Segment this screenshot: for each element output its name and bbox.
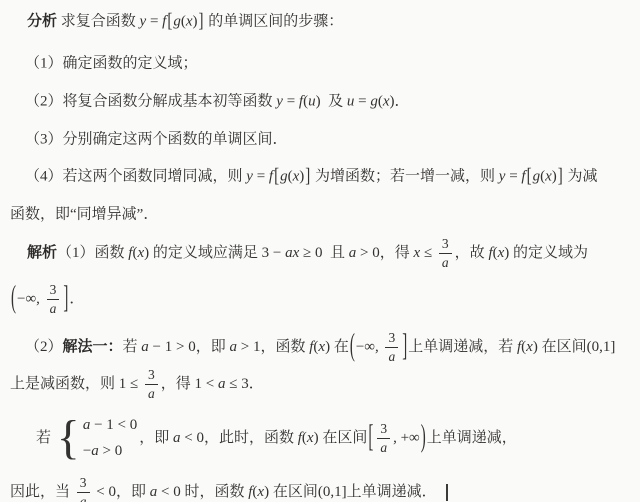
- big-delimiter: ]: [558, 164, 563, 189]
- text-run: 为增函数；若一增一减，则: [311, 168, 499, 187]
- math-roman: (0,1]: [587, 338, 616, 357]
- math-roman: =: [505, 168, 521, 187]
- step-1-line: （1）确定函数的定义域；: [25, 55, 198, 74]
- fraction-numerator: 3: [385, 331, 398, 347]
- step-2-line: （2）将复合函数分解成基本初等函数 y = f(u) 及 u = g(x)．: [25, 93, 410, 112]
- math-italic: a: [218, 375, 226, 394]
- fraction-numerator: 3: [145, 368, 158, 384]
- text-run: 且: [323, 244, 349, 263]
- math-roman: 3: [50, 283, 57, 297]
- text-run: ，此时，函数: [204, 429, 298, 448]
- text-run: （2）: [25, 338, 63, 357]
- text-run: 时，函数: [181, 483, 249, 502]
- text-run: 的单调区间的步骤：: [205, 13, 344, 32]
- fraction-denominator: a: [439, 253, 452, 270]
- math-italic: x: [498, 244, 505, 263]
- big-delimiter: ): [421, 418, 426, 457]
- text-run: 在: [330, 338, 349, 357]
- cases-rows: a − 1 < 0−a > 0: [83, 416, 137, 461]
- math-roman: (0,1]: [318, 483, 347, 502]
- math-roman: < 0: [93, 483, 116, 502]
- big-delimiter: [: [274, 164, 279, 189]
- text-run: 在区间: [319, 429, 368, 448]
- math-roman: , +∞: [393, 429, 420, 448]
- math-roman: 3: [380, 422, 387, 436]
- math-italic: a: [349, 244, 357, 263]
- math-roman: 3: [80, 476, 87, 490]
- math-italic: a: [150, 483, 158, 502]
- text-run: 及: [321, 93, 347, 112]
- fraction-denominator: a: [385, 347, 398, 364]
- method1-conclusion-line: 上是减函数，则 1 ≤ 3a，得 1 < a ≤ 3．: [10, 368, 264, 400]
- math-italic: a: [388, 350, 395, 364]
- bold-label: 分析: [27, 13, 57, 32]
- fraction-denominator: a: [145, 384, 158, 401]
- math-roman: − 1 < 0: [90, 416, 137, 435]
- big-delimiter: [: [527, 164, 532, 189]
- fraction-numerator: 3: [439, 237, 452, 253]
- math-italic: a: [83, 416, 91, 435]
- text-run: ．: [249, 375, 264, 394]
- text-run: （3）分别确定这两个函数的单调区间．: [25, 131, 288, 150]
- step-4-continuation-line: 函数，即“同增异减”．: [10, 206, 158, 225]
- math-italic: a: [91, 442, 99, 461]
- big-delimiter: [: [368, 418, 373, 457]
- fraction-numerator: 3: [377, 422, 390, 438]
- math-italic: x: [186, 13, 193, 32]
- math-italic: a: [442, 256, 449, 270]
- text-run: 的定义域应满足: [149, 244, 262, 263]
- math-italic: a: [380, 441, 387, 455]
- math-roman: 1 ≤: [119, 375, 142, 394]
- left-brace: {: [57, 414, 80, 462]
- text-run: ，即: [196, 338, 230, 357]
- text-cursor: [446, 484, 448, 501]
- math-italic: x: [526, 338, 533, 357]
- math-italic: y: [140, 13, 147, 32]
- math-italic: ax: [285, 244, 299, 263]
- case-negative-a-line: 若 {a − 1 < 0−a > 0，即 a < 0，此时，函数 f(x) 在区…: [36, 414, 517, 462]
- big-delimiter: (: [350, 327, 355, 366]
- math-roman: 3: [388, 331, 395, 345]
- math-roman: 3: [148, 368, 155, 382]
- math-roman: =: [146, 13, 162, 32]
- math-italic: u: [347, 93, 355, 112]
- math-roman: =: [253, 168, 269, 187]
- math-italic: x: [307, 429, 314, 448]
- big-delimiter: ]: [63, 279, 68, 318]
- domain-interval-line: (−∞, 3a]．: [10, 283, 84, 315]
- math-roman: ≤: [420, 244, 436, 263]
- math-roman: =: [354, 93, 370, 112]
- text-run: 上单调递减，若: [408, 338, 517, 357]
- math-italic: x: [383, 93, 390, 112]
- math-roman: ): [552, 168, 557, 187]
- math-italic: a: [141, 338, 149, 357]
- text-run: 若: [123, 338, 142, 357]
- math-roman: −∞,: [17, 290, 44, 309]
- math-fraction: 3a: [77, 476, 90, 502]
- math-roman: =: [283, 93, 299, 112]
- text-run: （1）确定函数的定义域；: [25, 55, 198, 74]
- fraction-numerator: 3: [47, 283, 60, 299]
- fraction-numerator: 3: [77, 476, 90, 492]
- analysis-intro-line: 分析 求复合函数 y = f[g(x)] 的单调区间的步骤：: [27, 13, 343, 32]
- big-delimiter: [: [167, 9, 172, 34]
- text-run: （1）函数: [57, 244, 128, 263]
- math-italic: x: [545, 168, 552, 187]
- text-run: ，即: [116, 483, 150, 502]
- math-roman: 3: [442, 237, 449, 251]
- math-italic: g: [173, 13, 181, 32]
- text-run: 因此，当: [10, 483, 74, 502]
- big-delimiter: ]: [199, 9, 204, 34]
- text-run: ，得: [161, 375, 195, 394]
- math-italic: f: [162, 13, 166, 32]
- text-run: ，故: [455, 244, 489, 263]
- math-roman: > 0: [99, 442, 122, 461]
- text-run: （2）将复合函数分解成基本初等函数: [25, 93, 276, 112]
- math-roman: ): [193, 13, 198, 32]
- math-italic: x: [257, 483, 264, 502]
- text-run: 函数，即“同增异减”．: [10, 206, 158, 225]
- math-italic: x: [293, 168, 300, 187]
- text-run: 在区间: [269, 483, 318, 502]
- math-roman: 1 <: [195, 375, 218, 394]
- cases-group: {a − 1 < 0−a > 0: [57, 414, 137, 462]
- text-run: ，函数: [260, 338, 309, 357]
- text-run: ，即: [139, 429, 173, 448]
- math-italic: g: [370, 93, 378, 112]
- solution-part1-line: 解析（1）函数 f(x) 的定义域应满足 3 − ax ≥ 0 且 a > 0，…: [27, 237, 588, 269]
- math-roman: ): [299, 168, 304, 187]
- text-run: 在区间: [538, 338, 587, 357]
- text-run: 上单调递减，: [427, 429, 517, 448]
- text-run: 上是减函数，则: [10, 375, 119, 394]
- math-document-page: 分析 求复合函数 y = f[g(x)] 的单调区间的步骤：（1）确定函数的定义…: [0, 0, 640, 502]
- math-roman: −: [83, 442, 91, 461]
- math-fraction: 3a: [377, 422, 390, 454]
- cases-row: −a > 0: [83, 442, 137, 461]
- math-fraction: 3a: [385, 331, 398, 363]
- fraction-denominator: a: [47, 299, 60, 316]
- big-delimiter: ]: [305, 164, 310, 189]
- fraction-denominator: a: [77, 492, 90, 502]
- math-roman: > 0: [356, 244, 379, 263]
- math-italic: a: [80, 495, 87, 502]
- final-conclusion-line: 因此，当 3a < 0，即 a < 0 时，函数 f(x) 在区间(0,1]上单…: [10, 476, 448, 502]
- math-italic: g: [533, 168, 541, 187]
- math-italic: a: [50, 302, 57, 316]
- cases-row: a − 1 < 0: [83, 416, 137, 435]
- math-italic: f: [269, 168, 273, 187]
- text-run: 若: [36, 429, 55, 448]
- big-delimiter: ]: [402, 327, 407, 366]
- step-3-line: （3）分别确定这两个函数的单调区间．: [25, 131, 288, 150]
- text-run: 上单调递减．: [347, 483, 437, 502]
- math-roman: > 1: [237, 338, 260, 357]
- math-italic: a: [229, 338, 237, 357]
- text-run: ，得: [380, 244, 414, 263]
- math-roman: < 0: [157, 483, 180, 502]
- text-run: 的定义域为: [509, 244, 588, 263]
- math-italic: x: [318, 338, 325, 357]
- math-fraction: 3a: [439, 237, 452, 269]
- math-italic: u: [308, 93, 316, 112]
- text-run: ．: [394, 93, 409, 112]
- math-italic: a: [148, 387, 155, 401]
- bold-label: 解析: [27, 244, 57, 263]
- text-run: 为减: [564, 168, 598, 187]
- math-italic: y: [499, 168, 506, 187]
- math-roman: ≤ 3: [225, 375, 248, 394]
- math-roman: 3 −: [262, 244, 285, 263]
- math-italic: f: [521, 168, 525, 187]
- fraction-denominator: a: [377, 438, 390, 455]
- text-run: 求复合函数: [57, 13, 140, 32]
- big-delimiter: (: [11, 279, 16, 318]
- math-roman: −∞,: [356, 338, 383, 357]
- math-roman: ≥ 0: [299, 244, 322, 263]
- math-fraction: 3a: [145, 368, 158, 400]
- math-italic: x: [414, 244, 421, 263]
- math-roman: < 0: [181, 429, 204, 448]
- math-italic: g: [280, 168, 288, 187]
- text-run: （4）若这两个函数同增同减，则: [25, 168, 246, 187]
- step-4-line: （4）若这两个函数同增同减，则 y = f[g(x)] 为增函数；若一增一减，则…: [25, 168, 598, 187]
- solution-part2-method1-line: （2）解法一：若 a − 1 > 0，即 a > 1，函数 f(x) 在(−∞,…: [25, 331, 615, 363]
- math-fraction: 3a: [47, 283, 60, 315]
- math-roman: − 1 > 0: [149, 338, 196, 357]
- math-italic: x: [137, 244, 144, 263]
- math-italic: y: [246, 168, 253, 187]
- text-run: ．: [69, 290, 84, 309]
- math-italic: a: [173, 429, 181, 448]
- math-italic: y: [276, 93, 283, 112]
- bold-label: 解法一：: [63, 338, 123, 357]
